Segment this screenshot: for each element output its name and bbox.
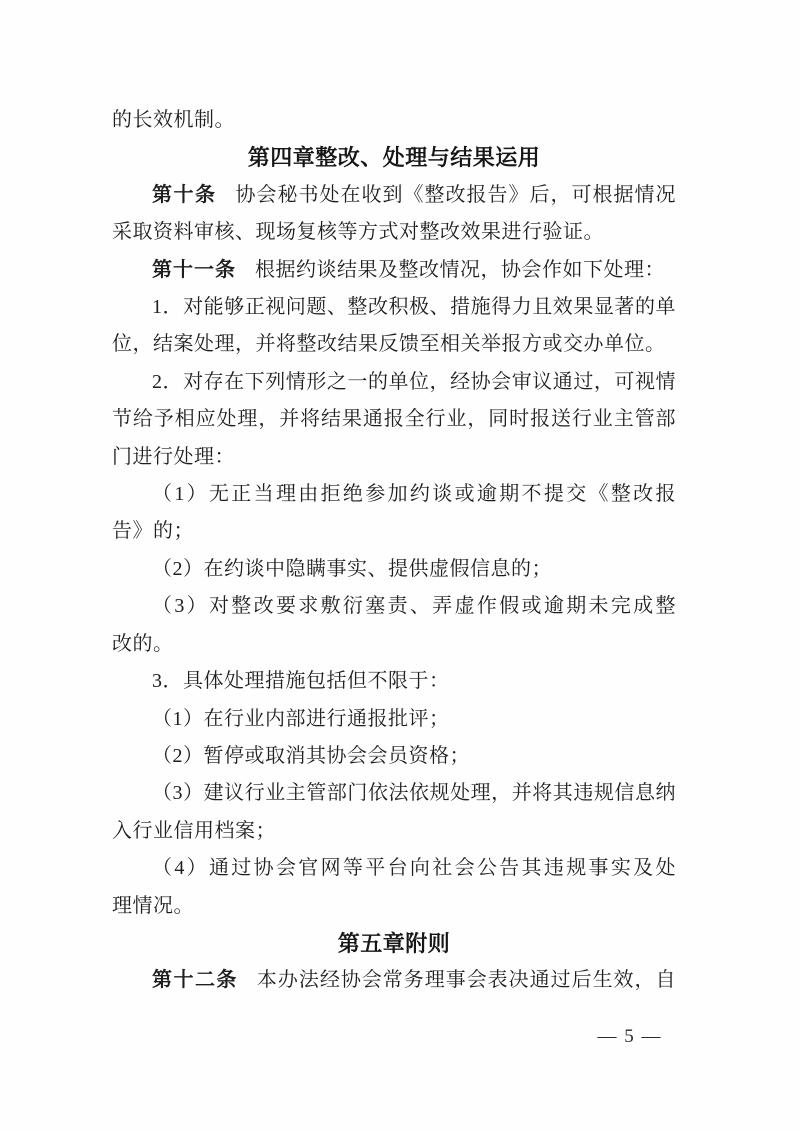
document-line: 2．对存在下列情形之一的单位，经协会审议通过，可视情 <box>112 364 676 401</box>
document-line: 门进行处理： <box>112 439 676 476</box>
document-line: 3．具体处理措施包括但不限于： <box>112 663 676 700</box>
chapter-heading: 第四章整改、处理与结果运用 <box>112 139 676 176</box>
document-line: 位，结案处理，并将整改结果反馈至相关举报方或交办单位。 <box>112 326 676 363</box>
chapter-heading: 第五章附则 <box>112 925 676 962</box>
document-body: 的长效机制。第四章整改、处理与结果运用第十条协会秘书处在收到《整改报告》后，可根… <box>0 0 800 1000</box>
document-line: 告》的； <box>112 513 676 550</box>
document-line: 第十二条本办法经协会常务理事会表决通过后生效，自 <box>112 962 676 999</box>
document-line: （3）建议行业主管部门依法依规处理，并将其违规信息纳 <box>112 775 676 812</box>
document-line: 节给予相应处理，并将结果通报全行业，同时报送行业主管部 <box>112 401 676 438</box>
article-number-label: 第十二条 <box>152 969 238 991</box>
document-line: （3）对整改要求敷衍塞责、弄虚作假或逾期未完成整 <box>112 588 676 625</box>
document-line: 1．对能够正视问题、整改积极、措施得力且效果显著的单 <box>112 289 676 326</box>
document-line: 的长效机制。 <box>112 102 676 139</box>
document-page: 的长效机制。第四章整改、处理与结果运用第十条协会秘书处在收到《整改报告》后，可根… <box>0 0 800 1131</box>
document-line: （1）无正当理由拒绝参加约谈或逾期不提交《整改报 <box>112 476 676 513</box>
document-line: 第十一条根据约谈结果及整改情况，协会作如下处理： <box>112 252 676 289</box>
document-line: （4）通过协会官网等平台向社会公告其违规事实及处 <box>112 850 676 887</box>
document-line: （2）在约谈中隐瞒事实、提供虚假信息的； <box>112 551 676 588</box>
article-number-label: 第十一条 <box>152 259 236 281</box>
document-line: （2）暂停或取消其协会会员资格； <box>112 738 676 775</box>
document-line: （1）在行业内部进行通报批评； <box>112 701 676 738</box>
document-line: 第十条协会秘书处在收到《整改报告》后，可根据情况 <box>112 177 676 214</box>
document-line: 入行业信用档案； <box>112 813 676 850</box>
article-number-label: 第十条 <box>152 184 217 206</box>
document-line: 理情况。 <box>112 888 676 925</box>
document-line: 采取资料审核、现场复核等方式对整改效果进行验证。 <box>112 214 676 251</box>
document-line: 改的。 <box>112 626 676 663</box>
page-number: — 5 — <box>0 1026 800 1048</box>
